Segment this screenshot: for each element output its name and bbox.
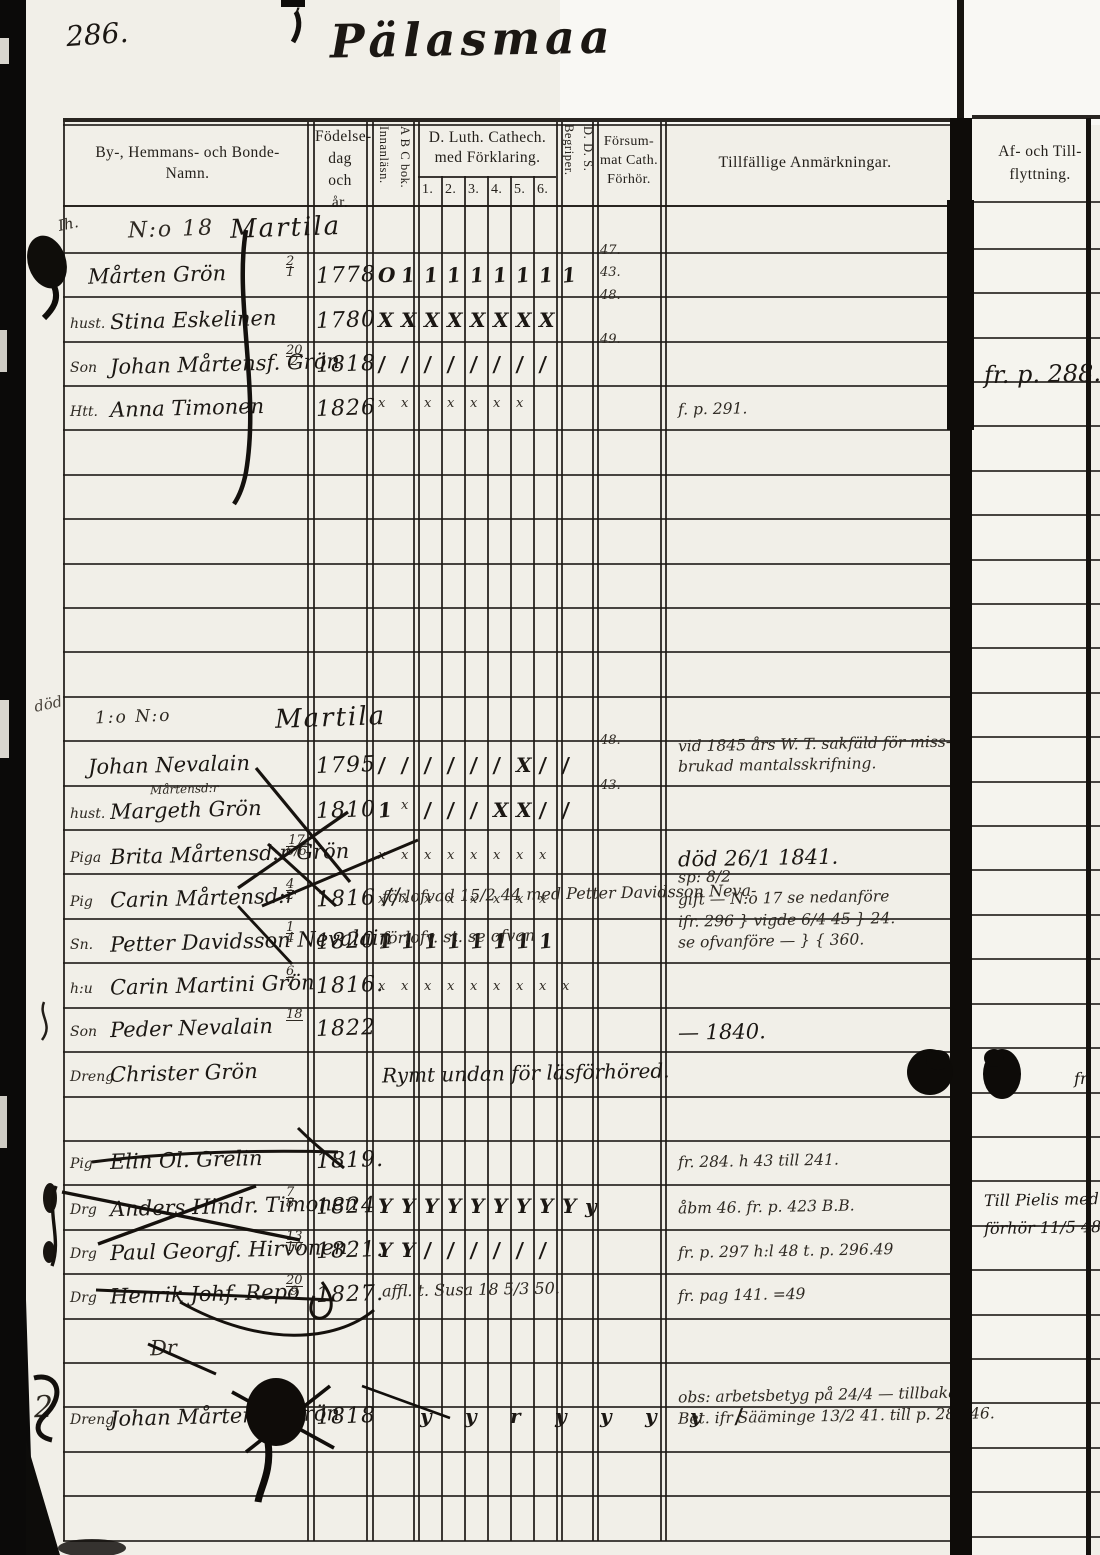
entry-name: Margeth Grön <box>110 796 262 824</box>
exam-mark: X <box>470 308 486 332</box>
entry-birth-year: 1827. <box>316 1281 385 1308</box>
entry-birth-year: 1819. <box>316 1147 385 1174</box>
exam-mark: Y <box>447 1194 461 1218</box>
column-line <box>441 176 443 1541</box>
exam-mark: Y <box>378 1238 392 1262</box>
ruled-line <box>972 781 1100 783</box>
entry-prefix: Pig <box>70 894 93 910</box>
scan-edge-left <box>0 0 26 1555</box>
entry-birth-year: 1810 <box>316 797 377 824</box>
exam-mark: / <box>492 352 502 377</box>
exam-mark: / <box>538 798 548 823</box>
paper-right-column <box>972 118 1086 1555</box>
exam-mark: Y <box>562 1194 576 1218</box>
exam-mark: x <box>539 848 546 863</box>
exam-mark: y <box>645 1404 657 1428</box>
ruled-line <box>63 1184 950 1186</box>
entry-annotation-across: förlofv. st. se ofvan <box>382 926 536 948</box>
entry-remark: brukad mantalsskrifning. <box>678 754 877 775</box>
entry-name: Anna Timonen <box>110 394 265 422</box>
exam-mark: X <box>516 308 532 332</box>
exam-mark: / <box>400 352 410 377</box>
header-cathech-col-1: 1. <box>422 182 433 198</box>
exam-mark: Y <box>539 1194 553 1218</box>
margin-note: död <box>32 692 63 715</box>
entry-name: Henrik Johf. Repo <box>110 1280 300 1309</box>
entry-prefix: Piga <box>70 850 101 866</box>
exam-mark: y <box>600 1404 612 1428</box>
column-line <box>307 122 309 1541</box>
scribble-entry: Dr <box>150 1336 178 1361</box>
exam-mark: x <box>378 848 385 863</box>
column-line <box>413 122 415 1541</box>
header-neglect-line1: Försum- <box>598 132 660 151</box>
exam-mark: x <box>378 979 385 994</box>
column-line <box>510 176 512 1541</box>
exam-mark: / <box>561 798 571 823</box>
ruled-line <box>972 201 1100 203</box>
entry-birth-fraction: 42 <box>286 880 294 901</box>
header-cathech-col-4: 4. <box>491 182 502 198</box>
exam-mark: Y <box>493 1194 507 1218</box>
ruled-line <box>63 1229 950 1231</box>
column-line <box>487 176 489 1541</box>
exam-mark: y <box>585 1194 597 1218</box>
ruled-line <box>972 736 1100 738</box>
ruled-line <box>63 118 950 122</box>
entry-birth-year: 1778 <box>316 262 377 289</box>
book-gutter-bar <box>950 118 972 1555</box>
margin-bottom-numeral: 2 <box>34 1390 54 1425</box>
group-heading-number: N:o 18 <box>128 216 215 244</box>
header-cathech-col-2: 2. <box>445 182 456 198</box>
entry-prefix: hust. <box>70 806 105 822</box>
ruled-line <box>972 248 1100 250</box>
entry-birth-fraction: 78 <box>286 1188 294 1209</box>
ruled-line <box>972 958 1100 960</box>
entry-birth-year: 1821. <box>316 1237 385 1264</box>
entry-birth-year: 1818 <box>316 1403 377 1430</box>
page-number: 286. <box>65 16 129 53</box>
header-cathech-col-3: 3. <box>468 182 479 198</box>
exam-mark: x <box>447 848 454 863</box>
entry-name: Carin Martini Grön <box>110 970 315 999</box>
ruled-line <box>972 1136 1100 1138</box>
exam-mark: / <box>561 753 571 778</box>
header-cathech-line2: med Förklaring. <box>419 148 556 168</box>
ruled-line <box>63 1318 950 1320</box>
entry-name: Carin Mårtensd:r <box>110 884 296 913</box>
exam-mark: / <box>446 798 456 823</box>
entry-name: Elin Ol. Grelin <box>110 1146 263 1174</box>
exam-mark: x <box>424 396 431 411</box>
exam-mark: / <box>469 352 479 377</box>
ruled-line <box>972 1003 1100 1005</box>
exam-mark: / <box>446 1238 456 1263</box>
exam-mark: x <box>378 396 385 411</box>
entry-prefix: Dreng <box>70 1069 114 1085</box>
exam-mark: 1 <box>515 262 531 287</box>
ruled-line <box>63 1051 950 1053</box>
ruled-line <box>972 1047 1100 1049</box>
exam-mark: x <box>516 848 523 863</box>
entry-remark: — 1840. <box>678 1019 766 1045</box>
margin-note: Ih. <box>56 213 80 235</box>
ruled-line <box>63 429 950 431</box>
exam-mark: / <box>469 1238 479 1263</box>
entry-moving-note: förhör 11/5 48. <box>984 1217 1100 1238</box>
column-line <box>372 122 374 1541</box>
exam-mark: x <box>470 848 477 863</box>
header-remarks-column: Tillfällige Anmärkningar. <box>680 152 930 173</box>
entry-birth-year: 1780 <box>316 307 377 334</box>
entry-remark: åbm 46. fr. p. 423 B.B. <box>678 1196 855 1217</box>
entry-prefix: Htt. <box>70 404 98 420</box>
entry-annotation-across: affl. t. Susa 18 5/3 50. <box>382 1278 560 1300</box>
exam-mark: 1 <box>469 262 485 287</box>
exam-mark: r <box>510 1404 521 1428</box>
group-heading-village: Martila <box>275 701 387 735</box>
exam-mark: x <box>424 979 431 994</box>
exam-mark: x <box>493 396 500 411</box>
ruled-line <box>972 337 1100 339</box>
header-dds-begriper: Begriper. <box>561 124 576 176</box>
ruled-line <box>63 518 950 520</box>
ruled-line <box>972 825 1100 827</box>
ruled-line <box>972 603 1100 605</box>
exam-mark: y <box>465 1404 477 1428</box>
exam-mark: / <box>377 753 387 778</box>
group-heading-village: Martila <box>230 211 342 245</box>
entry-prefix: Dreng <box>70 1412 114 1428</box>
entry-birth-fraction: 18 <box>286 1010 303 1021</box>
entry-moving-note: Till Pielis med 2 <box>984 1189 1100 1210</box>
entry-birth-year: 1818 <box>316 351 377 378</box>
ruled-line <box>63 696 950 698</box>
exam-mark: x <box>562 979 569 994</box>
exam-mark: / <box>446 352 456 377</box>
exam-mark: Y <box>424 1194 438 1218</box>
ruled-line <box>63 829 950 831</box>
entry-annotation-across: Rymt undan för läsförhöred. <box>382 1058 670 1087</box>
exam-mark: / <box>469 753 479 778</box>
exam-mark: x <box>401 396 408 411</box>
exam-mark: Y <box>378 1194 392 1218</box>
entry-prefix: Sn. <box>70 937 93 953</box>
exam-mark: 1 <box>492 262 508 287</box>
exam-mark: 1 <box>377 797 393 822</box>
entry-birth-fraction: 202 <box>286 1398 303 1419</box>
exam-mark: 1 <box>561 262 577 287</box>
column-line <box>313 122 315 1541</box>
ink-spot <box>43 1183 57 1213</box>
ruled-line <box>63 385 950 387</box>
entry-birth-fraction: 209 <box>286 1276 303 1297</box>
entry-birth-year: 1820 <box>316 928 377 955</box>
header-moving-line2: flyttning. <box>985 163 1095 186</box>
ruled-line <box>63 1495 950 1497</box>
header-abc-innanlasn: Innanläsn. <box>376 126 391 184</box>
ruled-line <box>972 692 1100 694</box>
exam-mark: 1 <box>423 262 439 287</box>
ruled-line <box>63 1451 950 1453</box>
exam-mark: X <box>378 308 394 332</box>
entry-name: Mårten Grön <box>88 261 227 289</box>
exam-mark: / <box>538 352 548 377</box>
entry-remark: fr. 284. h 43 till 241. <box>678 1151 839 1172</box>
ruled-line <box>63 341 950 343</box>
exam-mark: / <box>515 352 525 377</box>
ruled-line <box>63 1540 950 1542</box>
exam-mark: x <box>447 396 454 411</box>
exam-mark: y <box>420 1404 432 1428</box>
exam-mark: X <box>447 308 463 332</box>
exam-mark: x <box>493 979 500 994</box>
entry-remark: sp: 8/2 <box>678 868 731 887</box>
entry-birth-fraction: 1310 <box>286 1232 303 1253</box>
header-birth-line1: Födelse- <box>315 126 365 148</box>
neglect-year-note: 43. <box>600 265 621 280</box>
exam-mark: X <box>493 308 509 332</box>
entry-remark: gift — N:o 17 se nedanföre <box>678 887 890 909</box>
ink-tick: ʼ <box>292 4 300 34</box>
exam-mark: x <box>401 798 408 813</box>
entry-remark: fr. p. 297 h:l 48 t. p. 296.49 <box>678 1240 894 1262</box>
exam-mark: x <box>516 979 523 994</box>
ruled-line <box>972 292 1100 294</box>
entry-birth-fraction: 67 <box>286 967 294 988</box>
ruled-line <box>63 474 950 476</box>
entry-name: Paul Georgf. Hirvonen <box>110 1235 348 1265</box>
ruled-line <box>972 1180 1100 1182</box>
exam-mark: x <box>539 979 546 994</box>
entry-birth-year: 1826 <box>316 395 377 422</box>
exam-mark: X <box>539 308 555 332</box>
exam-mark: X <box>424 308 440 332</box>
entry-name: Christer Grön <box>110 1059 258 1087</box>
entry-moving-note: fr <box>1074 1069 1088 1088</box>
ruled-line <box>63 1096 950 1098</box>
exam-mark: / <box>423 352 433 377</box>
ruled-line <box>972 869 1100 871</box>
column-line <box>597 122 599 1541</box>
column-line <box>366 122 368 1541</box>
header-moving-line1: Af- och Till- <box>985 140 1095 163</box>
right-page-line <box>1086 118 1091 1555</box>
entry-birth-fraction: 202 <box>286 346 303 367</box>
exam-mark: x <box>401 848 408 863</box>
scanned-parish-register-page: 286. ʼ Pälasmaa By-, Hemmans- och Bonde-… <box>0 0 1100 1555</box>
header-cathech-col-5: 5. <box>514 182 525 198</box>
ruled-line <box>972 514 1100 516</box>
entry-name: Stina Eskelinen <box>110 306 277 334</box>
entry-name: Johan Mårtensf. Grön <box>110 1401 340 1431</box>
entry-remark: ifr. 296 } vigde 6/4 45 } 24. <box>678 909 895 931</box>
exam-mark: y <box>555 1404 567 1428</box>
neglect-year-note: 48. <box>600 733 621 748</box>
entry-name: Johan Nevalain <box>88 751 251 779</box>
exam-mark: / <box>469 798 479 823</box>
ruled-line <box>972 1269 1100 1271</box>
exam-mark: / <box>515 1238 525 1263</box>
entry-birth-year: 1824 <box>316 1193 377 1220</box>
exam-mark: X <box>516 798 532 822</box>
exam-mark: x <box>493 848 500 863</box>
ruled-line <box>972 1092 1100 1094</box>
ink-blot-margin <box>21 230 74 318</box>
neglect-year-note: 49. <box>600 332 621 347</box>
header-birth-column: Födelse- dag och år. <box>315 126 365 214</box>
exam-mark: / <box>538 753 548 778</box>
entry-birth-fraction: 176/6 <box>286 836 307 857</box>
ruled-line <box>63 1140 950 1142</box>
exam-mark: x <box>447 979 454 994</box>
header-neglect-line3: Förhör. <box>598 170 660 189</box>
entry-prefix: Drg <box>70 1290 97 1306</box>
column-line <box>665 122 667 1541</box>
header-birth-line2: dag och <box>315 148 365 192</box>
header-cathech-line1: D. Luth. Cathech. <box>419 128 556 148</box>
exam-mark: O <box>378 263 395 287</box>
ruled-line <box>972 115 1100 119</box>
ruled-line <box>63 296 950 298</box>
exam-mark: X <box>401 308 417 332</box>
exam-mark: Y <box>401 1238 415 1262</box>
column-line <box>464 176 466 1541</box>
column-line <box>561 122 563 1541</box>
entry-birth-fraction: 21 <box>286 257 294 278</box>
entry-birth-year: 1816. <box>316 972 385 999</box>
ruled-line <box>972 1314 1100 1316</box>
header-abc-bok: A B C bok. <box>397 126 412 188</box>
ruled-line <box>63 124 950 126</box>
ruled-line <box>972 425 1100 427</box>
scan-corner-blot <box>26 1440 60 1555</box>
ruled-line <box>972 1536 1100 1538</box>
header-name-column: By-, Hemmans- och Bonde-Namn. <box>80 142 295 184</box>
exam-mark: X <box>516 753 532 777</box>
exam-mark: / <box>492 1238 502 1263</box>
ruled-line <box>63 962 950 964</box>
entry-prefix: h:u <box>70 981 93 997</box>
exam-mark: x <box>470 979 477 994</box>
entry-prefix: Son <box>70 1024 97 1040</box>
paper-light-area <box>560 0 1100 125</box>
column-line <box>63 122 65 1541</box>
ruled-line <box>63 607 950 609</box>
entry-prefix: Drg <box>70 1246 97 1262</box>
exam-mark: / <box>423 753 433 778</box>
ruled-line <box>972 559 1100 561</box>
entry-name: Peder Nevalain <box>110 1014 273 1042</box>
entry-remark: f. p. 291. <box>678 399 748 418</box>
ruled-line <box>63 651 950 653</box>
exam-mark: / <box>492 753 502 778</box>
exam-mark: 1 <box>446 262 462 287</box>
column-line <box>418 122 420 1541</box>
ruled-line <box>63 1273 950 1275</box>
exam-mark: / <box>400 753 410 778</box>
ruled-line <box>63 1007 950 1009</box>
exam-mark: x <box>424 848 431 863</box>
entry-birth-year: 1795 <box>316 752 377 779</box>
exam-mark: 1 <box>538 928 554 953</box>
entry-birth-fraction: 14 <box>286 923 294 944</box>
exam-mark: / <box>538 1238 548 1263</box>
entry-prefix: hust. <box>70 316 105 332</box>
ruled-line <box>972 914 1100 916</box>
exam-mark: x <box>401 979 408 994</box>
ruled-line <box>972 1447 1100 1449</box>
ruled-line <box>972 647 1100 649</box>
ruled-line <box>63 563 950 565</box>
entry-birth-year: 1822 <box>316 1015 377 1042</box>
entry-prefix: Pig <box>70 1156 93 1172</box>
header-cathech-col-6: 6. <box>537 182 548 198</box>
entry-remark: obs: arbetsbetyg på 24/4 — tillbaka, <box>678 1384 963 1407</box>
exam-mark: / <box>446 753 456 778</box>
exam-mark: Y <box>401 1194 415 1218</box>
entry-remark: se ofvanföre — } { 360. <box>678 930 864 951</box>
column-line <box>533 176 535 1541</box>
exam-mark: / <box>377 352 387 377</box>
entry-patronymic-note: Mårtensd:r <box>150 781 219 797</box>
neglect-year-note: 47. <box>600 243 621 258</box>
entry-prefix: Drg <box>70 1202 97 1218</box>
ruled-line <box>972 1491 1100 1493</box>
entry-remark: fr. pag 141. =49 <box>678 1285 806 1305</box>
column-line <box>660 122 662 1541</box>
exam-mark: 1 <box>538 262 554 287</box>
exam-mark: / <box>423 1238 433 1263</box>
neglect-year-note: 48. <box>600 288 621 303</box>
exam-mark: x <box>516 396 523 411</box>
header-neglect-line2: mat Cath. <box>598 151 660 170</box>
ruled-line <box>63 252 950 254</box>
exam-mark: 1 <box>400 262 416 287</box>
neglect-year-note: 43. <box>600 778 621 793</box>
ruled-line <box>63 1362 950 1364</box>
exam-mark: Y <box>516 1194 530 1218</box>
entry-remark: vid 1845 års W. T. sakfäld för miss- <box>678 733 951 756</box>
exam-mark: X <box>493 798 509 822</box>
column-line <box>592 122 594 1541</box>
group-heading-number: 1:o N:o <box>95 706 172 729</box>
entry-prefix: Son <box>70 360 97 376</box>
exam-mark: x <box>470 396 477 411</box>
entry-remark: Bet. ifr Sääminge 13/2 41. till p. 288.4… <box>678 1404 995 1428</box>
column-line <box>556 122 558 1541</box>
entry-name: Johan Mårtensf. Grön <box>110 349 340 379</box>
exam-mark: Y <box>470 1194 484 1218</box>
ruled-line <box>972 1358 1100 1360</box>
ruled-line <box>972 470 1100 472</box>
page-title: Pälasmaa <box>330 10 616 69</box>
ruled-line <box>63 205 950 207</box>
entry-moving-note: fr. p. 288.4 <box>984 359 1100 389</box>
ruled-line <box>63 873 950 875</box>
exam-mark: / <box>423 798 433 823</box>
